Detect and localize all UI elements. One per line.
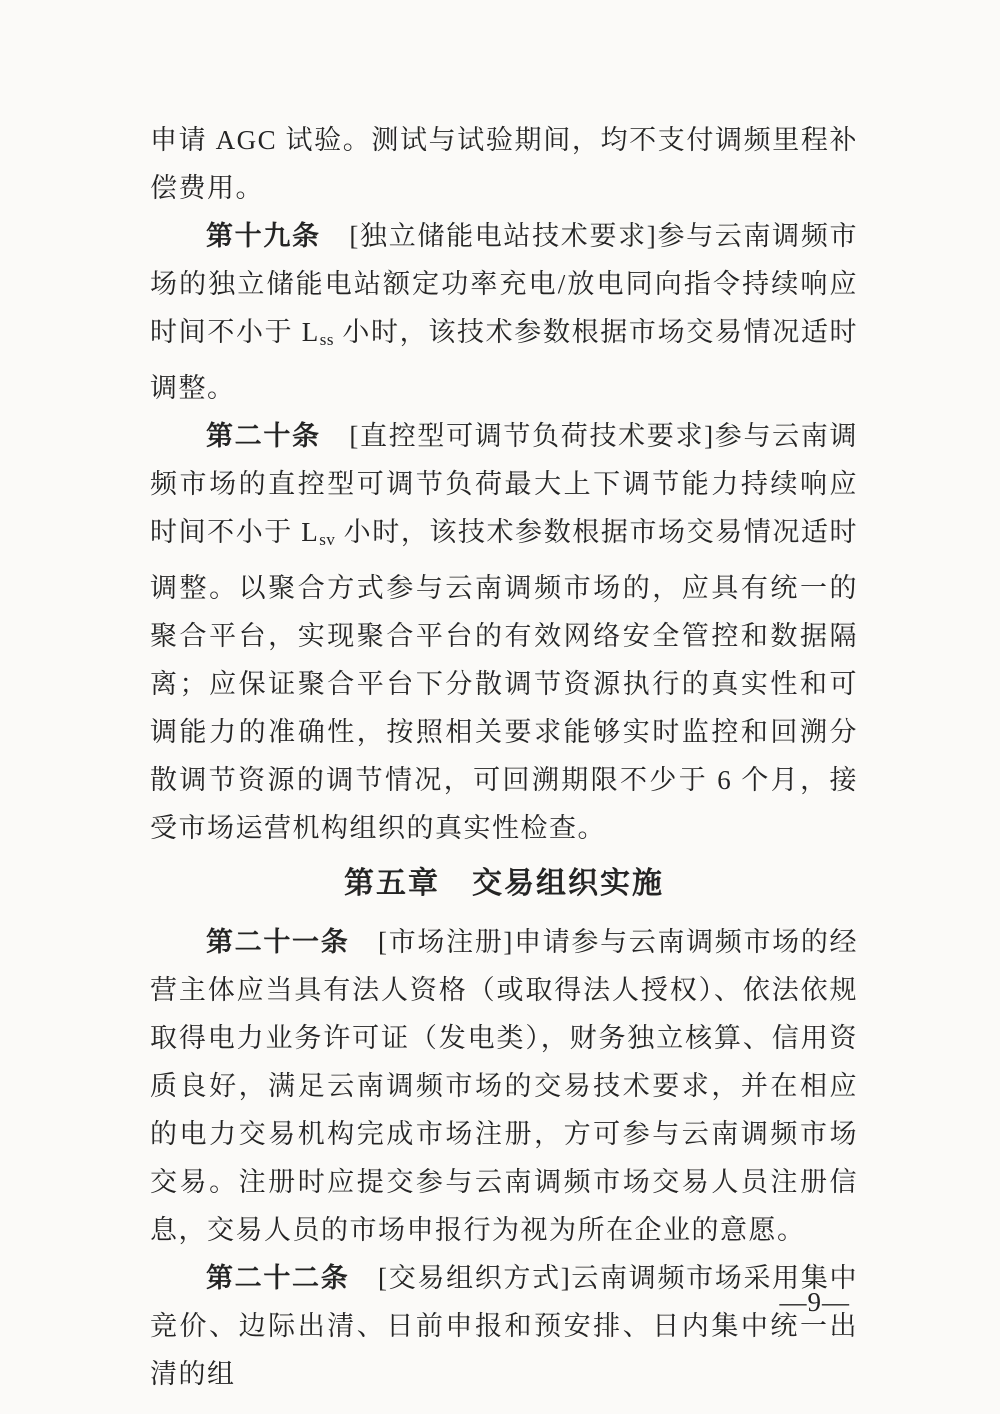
paragraph: 第十九条 [独立储能电站技术要求]参与云南调频市场的独立储能电站额定功率充电/放…: [150, 212, 858, 412]
chapter-heading: 第五章 交易组织实施: [150, 860, 858, 908]
paragraph: 第二十一条 [市场注册]申请参与云南调频市场的经营主体应当具有法人资格（或取得法…: [150, 918, 858, 1254]
subscript: sv: [319, 530, 335, 549]
text-run: 小时，该技术参数根据市场交易情况适时调整。以聚合方式参与云南调频市场的，应具有统…: [150, 517, 858, 843]
document-page: 申请 AGC 试验。测试与试验期间，均不支付调频里程补偿费用。第十九条 [独立储…: [0, 0, 1000, 1414]
text-run: L: [301, 517, 319, 547]
text-run: [市场注册]申请参与云南调频市场的经营主体应当具有法人资格（或取得法人授权）、依…: [150, 927, 858, 1245]
paragraph: 申请 AGC 试验。测试与试验期间，均不支付调频里程补偿费用。: [150, 116, 858, 212]
article-number: 第二十条: [206, 421, 321, 451]
article-number: 第二十一条: [206, 927, 349, 957]
subscript: ss: [320, 330, 334, 349]
text-run: 申请 AGC 试验。测试与试验期间，均不支付调频里程补偿费用。: [150, 125, 858, 203]
page-number: —9—: [780, 1282, 851, 1322]
paragraph: 第二十二条 [交易组织方式]云南调频市场采用集中竞价、边际出清、日前申报和预安排…: [150, 1254, 858, 1398]
article-number: 第二十二条: [206, 1263, 349, 1293]
text-run: L: [302, 317, 320, 347]
article-number: 第五章 交易组织实施: [344, 867, 664, 900]
paragraph: 第二十条 [直控型可调节负荷技术要求]参与云南调频市场的直控型可调节负荷最大上下…: [150, 412, 858, 852]
document-body: 申请 AGC 试验。测试与试验期间，均不支付调频里程补偿费用。第十九条 [独立储…: [150, 116, 858, 1398]
article-number: 第十九条: [206, 221, 321, 251]
